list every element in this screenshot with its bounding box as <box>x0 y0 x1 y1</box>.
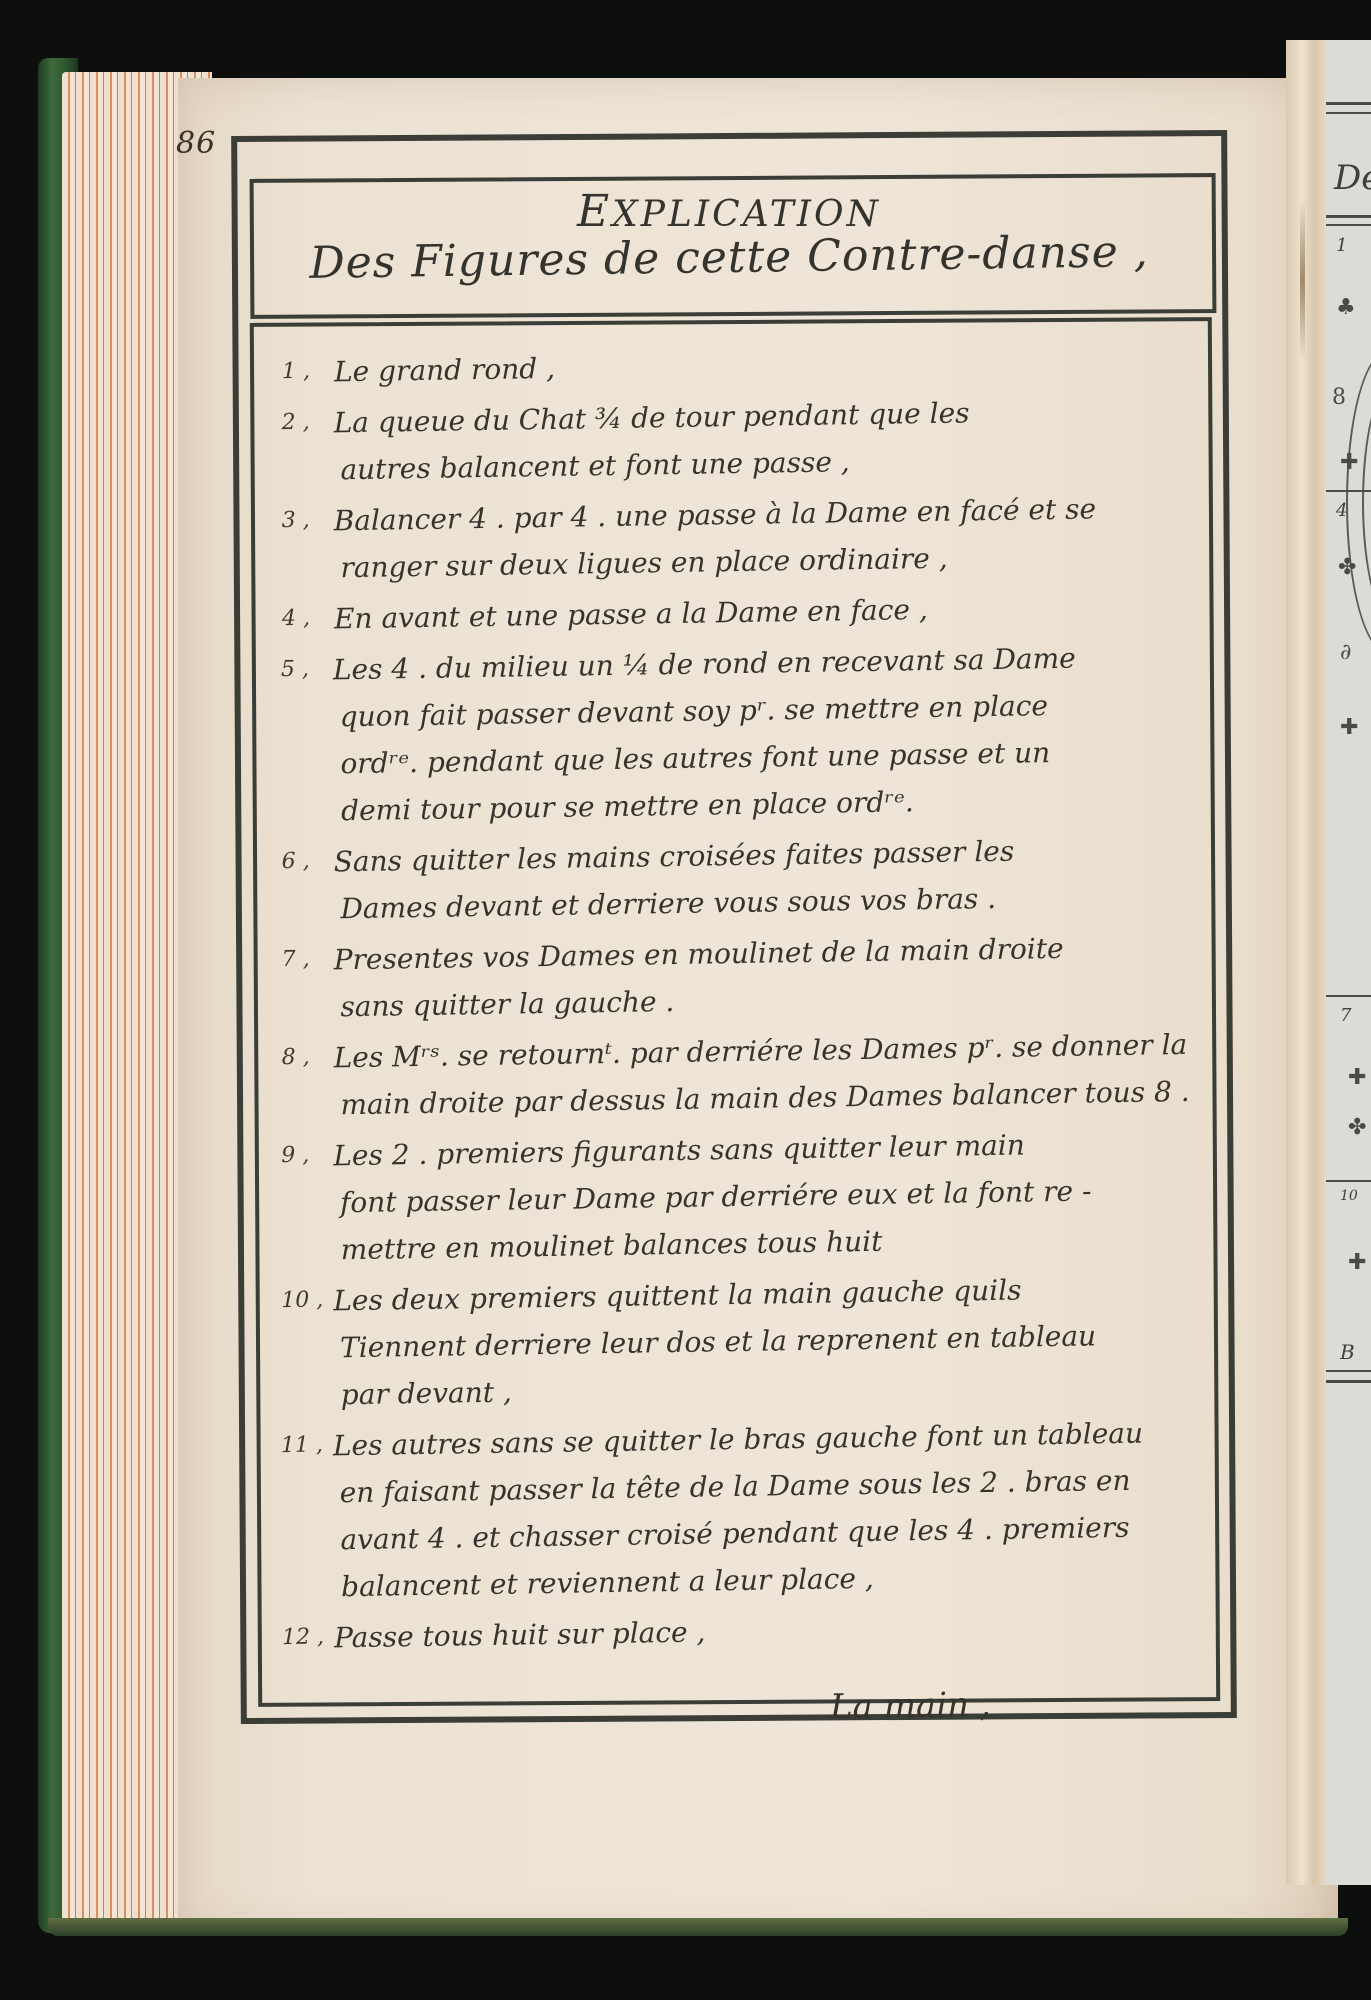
entry-text: En avant et une passe a la Dame en face … <box>334 582 1193 642</box>
facing-rule <box>1326 490 1371 492</box>
entry-number: 3 , <box>281 497 334 592</box>
entry-number: 12 , <box>282 1614 335 1662</box>
figure-entry-11: 11 , Les autres sans se quitter le bras … <box>281 1409 1194 1611</box>
entry-number: 1 , <box>282 348 335 396</box>
entry-number: 8 , <box>281 1034 334 1129</box>
green-cover-bottom-edge <box>48 1918 1348 1936</box>
dancer-symbol-icon: 8 <box>1332 385 1346 410</box>
entry-number: 2 , <box>281 399 334 494</box>
title-initial: E <box>577 186 612 237</box>
closing-note: La main , <box>830 1685 991 1728</box>
dancer-symbol-icon: ✚ <box>1340 715 1358 740</box>
gutter-crease <box>1300 200 1305 360</box>
entry-text: Le grand rond , <box>334 335 1193 395</box>
facing-rule <box>1326 995 1371 997</box>
facing-rule <box>1326 1380 1371 1383</box>
figure-entry-10: 10 , Les deux premiers quittent la main … <box>281 1264 1193 1419</box>
title-rest: XPLICATION <box>612 194 881 235</box>
entry-number: 5 , <box>281 646 336 835</box>
figure-label-7: 7 <box>1340 1005 1351 1026</box>
entry-number: 7 , <box>281 936 334 1031</box>
facing-rule <box>1326 215 1371 218</box>
dancer-symbol-icon: ✚ <box>1348 1065 1366 1090</box>
figure-label-1: 1 <box>1336 235 1347 256</box>
dancer-symbol-icon: ✚ <box>1340 450 1358 475</box>
facing-page-fragment: De 1 ♣ 8 ✚ 4 ✤ ∂ ✚ 7 ✚ ✤ 10 ✚ B <box>1326 40 1371 1885</box>
figure-entry-12: 12 , Passe tous huit sur place , <box>282 1601 1193 1662</box>
dancer-symbol-icon: ∂ <box>1340 640 1351 665</box>
figure-entry-5: 5 , Les 4 . du milieu un ¼ de rond en re… <box>281 633 1194 835</box>
dancer-symbol-icon: ✤ <box>1348 1115 1366 1140</box>
figure-entry-9: 9 , Les 2 . premiers figurants sans quit… <box>281 1119 1193 1274</box>
entry-number: 6 , <box>281 838 334 933</box>
dancer-symbol-icon: ♣ <box>1336 295 1356 320</box>
entry-number: 11 , <box>281 1422 336 1611</box>
facing-rule <box>1326 1370 1371 1372</box>
page-number: 86 <box>176 126 216 161</box>
facing-rule <box>1326 224 1371 226</box>
figure-entry-8: 8 , Les Mʳˢ. se retournᵗ. par derriére l… <box>281 1021 1192 1129</box>
figure-list: 1 , Le grand rond , 2 , La queue du Chat… <box>282 342 1192 1659</box>
facing-title-fragment: De <box>1334 158 1371 198</box>
facing-rule <box>1326 1180 1371 1182</box>
figure-label-b: B <box>1340 1340 1355 1364</box>
figure-entry-3: 3 , Balancer 4 . par 4 . une passe à la … <box>281 484 1192 592</box>
entry-number: 4 , <box>282 595 335 643</box>
entry-number: 9 , <box>281 1132 335 1274</box>
figure-entry-7: 7 , Presentes vos Dames en moulinet de l… <box>281 923 1192 1031</box>
figure-entry-6: 6 , Sans quitter les mains croisées fait… <box>281 825 1192 933</box>
figure-entry-2: 2 , La queue du Chat ¾ de tour pendant q… <box>281 386 1192 494</box>
facing-rule <box>1326 112 1371 114</box>
book-gutter <box>1286 40 1326 1885</box>
dancer-symbol-icon: ✤ <box>1338 555 1356 580</box>
figure-entry-4: 4 , En avant et une passe a la Dame en f… <box>282 582 1193 643</box>
facing-rule <box>1326 102 1371 105</box>
entry-text: Passe tous huit sur place , <box>334 1601 1193 1661</box>
dancer-symbol-icon: ✚ <box>1348 1250 1366 1275</box>
figure-entry-1: 1 , Le grand rond , <box>282 335 1193 396</box>
figure-label-10: 10 <box>1340 1188 1358 1204</box>
figure-label-4: 4 <box>1336 500 1347 521</box>
entry-number: 10 , <box>281 1277 335 1419</box>
